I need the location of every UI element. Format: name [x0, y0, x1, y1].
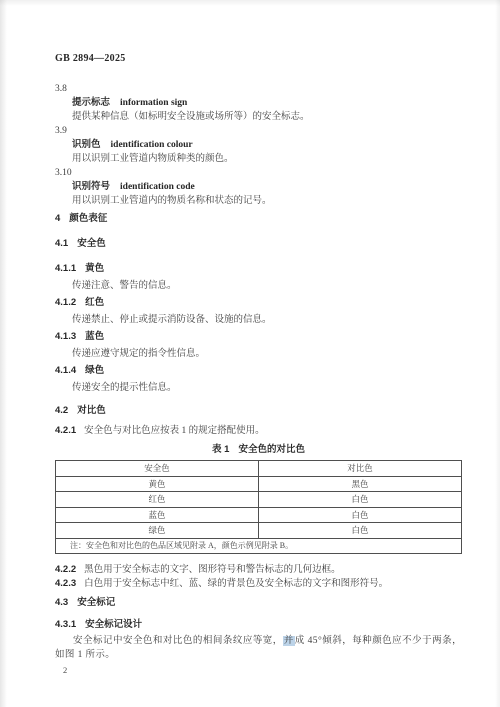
term-title: 识别色identification colour — [55, 138, 462, 152]
section-title: 安全色 — [77, 238, 106, 249]
subsection-heading: 4.1.2红色 — [55, 296, 462, 310]
table-header-cell: 对比色 — [259, 461, 462, 477]
clause-text: 黑色用于安全标志的文字、图形符号和警告标志的几何边框。 — [84, 565, 341, 575]
subsection-heading: 4.1.1黄色 — [55, 262, 462, 276]
table-header-cell: 安全色 — [56, 461, 259, 477]
subsection-number: 4.1.4 — [55, 365, 76, 376]
subsection-definition: 传递安全的提示性信息。 — [55, 381, 462, 395]
document-page: GB 2894—2025 3.8 提示标志information sign 提供… — [0, 0, 500, 707]
subsection-number: 4.1.3 — [55, 331, 76, 342]
section-number: 4.3.1 — [55, 619, 76, 630]
page-number: 2 — [55, 663, 462, 677]
table-header-row: 安全色 对比色 — [56, 461, 462, 477]
table-cell: 白色 — [259, 523, 462, 539]
term-title-en: identification code — [120, 182, 195, 192]
section-heading-4: 4颜色表征 — [55, 212, 462, 226]
color-term-red: 4.1.2红色 传递禁止、停止或提示消防设备、设施的信息。 — [55, 296, 462, 327]
table-note-row: 注：安全色和对比色的色品区域见附录 A，颜色示例见附录 B。 — [56, 538, 462, 554]
color-term-green: 4.1.4绿色 传递安全的提示性信息。 — [55, 364, 462, 395]
term-title-en: identification colour — [111, 140, 193, 150]
term-title-zh: 识别符号 — [72, 181, 110, 192]
term-3-8: 3.8 提示标志information sign 提供某种信息（如标明安全设施或… — [55, 82, 462, 124]
term-title: 提示标志information sign — [55, 96, 462, 110]
section-title: 对比色 — [77, 405, 106, 416]
paragraph-text: 安全标记中安全色和对比色的相间条纹应等宽， — [73, 636, 283, 646]
section-number: 4.1 — [55, 238, 68, 249]
term-title-zh: 提示标志 — [72, 97, 110, 108]
term-3-9: 3.9 识别色identification colour 用以识别工业管道内物质… — [55, 124, 462, 166]
table-caption: 表 1安全色的对比色 — [55, 443, 462, 457]
table-cell: 红色 — [56, 492, 259, 508]
clause-number: 4.2.2 — [55, 564, 76, 575]
section-number: 4.2 — [55, 405, 68, 416]
subsection-heading: 4.1.3蓝色 — [55, 330, 462, 344]
section-title: 颜色表征 — [69, 213, 107, 224]
subsection-definition: 传递应遵守规定的指令性信息。 — [55, 347, 462, 361]
section-heading-4-2: 4.2对比色 — [55, 404, 462, 418]
subsection-definition: 传递禁止、停止或提示消防设备、设施的信息。 — [55, 313, 462, 327]
color-term-blue: 4.1.3蓝色 传递应遵守规定的指令性信息。 — [55, 330, 462, 361]
subsection-title: 绿色 — [85, 365, 104, 376]
table-cell: 蓝色 — [56, 507, 259, 523]
subsection-number: 4.1.1 — [55, 263, 76, 274]
subsection-title: 红色 — [85, 297, 104, 308]
clause-text: 白色用于安全标志中红、蓝、绿的背景色及安全标志的文字和图形符号。 — [84, 579, 388, 589]
section-heading-4-3-1: 4.3.1安全标记设计 — [55, 618, 462, 632]
section-number: 4.3 — [55, 597, 68, 608]
table-caption-title: 安全色的对比色 — [238, 444, 305, 455]
subsection-definition: 传递注意、警告的信息。 — [55, 279, 462, 293]
clause-4-2-3: 4.2.3白色用于安全标志中红、蓝、绿的背景色及安全标志的文字和图形符号。 — [55, 577, 462, 591]
section-number: 4 — [55, 213, 60, 224]
subsection-title: 蓝色 — [85, 331, 104, 342]
selection-highlight: 并 — [283, 636, 295, 646]
section-title: 安全标记 — [77, 597, 115, 608]
term-3-10: 3.10 识别符号identification code 用以识别工业管道内的物… — [55, 166, 462, 208]
clause-number: 4.2.1 — [55, 425, 76, 436]
table-caption-number: 表 1 — [212, 444, 229, 455]
table-cell: 绿色 — [56, 523, 259, 539]
section-heading-4-1: 4.1安全色 — [55, 237, 462, 251]
table-row: 红色 白色 — [56, 492, 462, 508]
table-row: 蓝色 白色 — [56, 507, 462, 523]
table-cell: 黄色 — [56, 476, 259, 492]
subsection-heading: 4.1.4绿色 — [55, 364, 462, 378]
table-cell: 白色 — [259, 492, 462, 508]
contrast-color-table: 安全色 对比色 黄色 黑色 红色 白色 蓝色 白色 绿色 白色 注：安全色和对比… — [55, 460, 462, 554]
section-heading-4-3: 4.3安全标记 — [55, 596, 462, 610]
terms-section: 3.8 提示标志information sign 提供某种信息（如标明安全设施或… — [55, 82, 462, 208]
table-note: 注：安全色和对比色的色品区域见附录 A，颜色示例见附录 B。 — [56, 538, 462, 554]
clause-4-2-1: 4.2.1安全色与对比色应按表 1 的规定搭配使用。 — [55, 424, 462, 438]
color-term-yellow: 4.1.1黄色 传递注意、警告的信息。 — [55, 262, 462, 293]
table-row: 黄色 黑色 — [56, 476, 462, 492]
term-definition: 用以识别工业管道内的物质名称和状态的记号。 — [55, 194, 462, 208]
term-title: 识别符号identification code — [55, 180, 462, 194]
term-definition: 提供某种信息（如标明安全设施或场所等）的安全标志。 — [55, 110, 462, 124]
paragraph-4-3-1: 安全标记中安全色和对比色的相间条纹应等宽，并成 45°倾斜，每种颜色应不少于两条… — [55, 634, 462, 662]
term-title-zh: 识别色 — [72, 139, 101, 150]
table-cell: 白色 — [259, 507, 462, 523]
term-definition: 用以识别工业管道内物质种类的颜色。 — [55, 152, 462, 166]
term-number: 3.8 — [55, 82, 462, 96]
term-number: 3.10 — [55, 166, 462, 180]
table-row: 绿色 白色 — [56, 523, 462, 539]
clause-4-2-2: 4.2.2黑色用于安全标志的文字、图形符号和警告标志的几何边框。 — [55, 563, 462, 577]
clause-number: 4.2.3 — [55, 578, 76, 589]
section-title: 安全标记设计 — [85, 619, 142, 630]
page-header-doc-code: GB 2894—2025 — [55, 52, 462, 66]
table-cell: 黑色 — [259, 476, 462, 492]
term-title-en: information sign — [120, 98, 187, 108]
subsection-number: 4.1.2 — [55, 297, 76, 308]
term-number: 3.9 — [55, 124, 462, 138]
subsection-title: 黄色 — [85, 263, 104, 274]
clause-text: 安全色与对比色应按表 1 的规定搭配使用。 — [84, 426, 265, 436]
